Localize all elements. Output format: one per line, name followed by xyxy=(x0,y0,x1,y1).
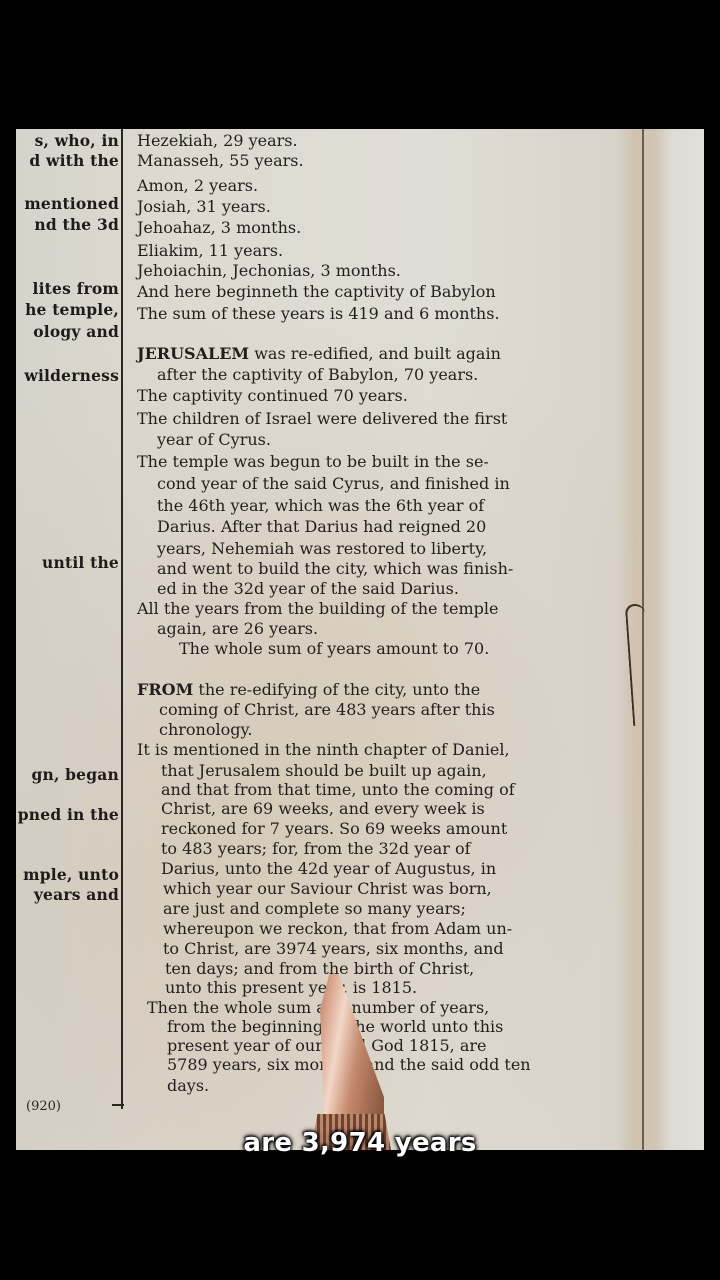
text-line: The sum of these years is 419 and 6 mont… xyxy=(137,304,500,323)
text-line: All the years from the building of the t… xyxy=(137,599,499,618)
text-line: reckoned for 7 years. So 69 weeks amount xyxy=(161,819,507,838)
text-line: Darius, unto the 42d year of Augustus, i… xyxy=(161,859,496,878)
text-line: Then the whole sum and number of years, xyxy=(147,998,489,1017)
text-line: chronology. xyxy=(159,720,252,739)
text-line: Jehoahaz, 3 months. xyxy=(137,218,301,237)
text-line: and that from that time, unto the coming… xyxy=(161,780,515,799)
video-caption: are 3,974 years xyxy=(0,1128,720,1158)
caption-text: are 3,974 years xyxy=(243,1128,476,1158)
text-line: years, Nehemiah was restored to liberty, xyxy=(157,539,487,558)
text-line: It is mentioned in the ninth chapter of … xyxy=(137,740,510,759)
text-line: year of Cyrus. xyxy=(157,430,271,449)
text-line: FROM the re-edifying of the city, unto t… xyxy=(137,680,480,699)
text-line: Amon, 2 years. xyxy=(137,176,258,195)
text-line: Christ, are 69 weeks, and every week is xyxy=(161,799,485,818)
left-column-line: s, who, in xyxy=(35,131,119,150)
text-line: ed in the 32d year of the said Darius. xyxy=(157,579,459,598)
text-line: Jehoiachin, Jechonias, 3 months. xyxy=(137,261,401,280)
text-line: JERUSALEM was re-edified, and built agai… xyxy=(137,344,501,363)
text-line: The children of Israel were delivered th… xyxy=(137,409,507,428)
left-column-line: lites from xyxy=(33,279,120,298)
text-line: which year our Saviour Christ was born, xyxy=(163,879,492,898)
book-page-photo: s, who, ind with thementionednd the 3dli… xyxy=(16,129,704,1150)
text-line: Josiah, 31 years. xyxy=(137,197,271,216)
text-line: coming of Christ, are 483 years after th… xyxy=(159,700,495,719)
left-column-line: ology and xyxy=(33,322,119,341)
text-line: Manasseh, 55 years. xyxy=(137,151,304,170)
text-line: that Jerusalem should be built up again, xyxy=(161,761,487,780)
left-column-line: mple, unto xyxy=(23,865,119,884)
text-line: whereupon we reckon, that from Adam un- xyxy=(163,919,512,938)
left-column-line: pned in the xyxy=(18,805,119,824)
left-column-line: wilderness xyxy=(24,366,119,385)
text-line: to Christ, are 3974 years, six months, a… xyxy=(163,939,504,958)
left-column-line: he temple, xyxy=(25,300,119,319)
column-rule-foot xyxy=(112,1104,124,1106)
text-line: the 46th year, which was the 6th year of xyxy=(157,496,484,515)
left-column-fragments: s, who, ind with thementionednd the 3dli… xyxy=(16,129,119,1150)
text-line: ten days; and from the birth of Christ, xyxy=(165,959,474,978)
text-line: The whole sum of years amount to 70. xyxy=(179,639,489,658)
text-line: Eliakim, 11 years. xyxy=(137,241,283,260)
left-column-line: nd the 3d xyxy=(34,215,119,234)
text-line: after the captivity of Babylon, 70 years… xyxy=(157,365,478,384)
left-column-line: d with the xyxy=(29,151,119,170)
column-rule xyxy=(121,129,123,1109)
page-number: (920) xyxy=(26,1099,61,1114)
left-column-line: years and xyxy=(34,885,119,904)
text-line: And here beginneth the captivity of Baby… xyxy=(137,282,496,301)
text-line: Hezekiah, 29 years. xyxy=(137,131,298,150)
text-line: Darius. After that Darius had reigned 20 xyxy=(157,517,486,536)
left-column-line: until the xyxy=(42,553,119,572)
left-column-line: mentioned xyxy=(24,194,119,213)
text-line: to 483 years; for, from the 32d year of xyxy=(161,839,471,858)
text-line: are just and complete so many years; xyxy=(163,899,466,918)
left-column-line: gn, began xyxy=(31,765,119,784)
text-line: The temple was begun to be built in the … xyxy=(137,452,489,471)
text-line: again, are 26 years. xyxy=(157,619,318,638)
text-line: cond year of the said Cyrus, and finishe… xyxy=(157,474,510,493)
text-line: days. xyxy=(167,1076,209,1095)
text-line: and went to build the city, which was fi… xyxy=(157,559,513,578)
text-line: unto this present year, is 1815. xyxy=(165,978,417,997)
text-line: The captivity continued 70 years. xyxy=(137,386,408,405)
